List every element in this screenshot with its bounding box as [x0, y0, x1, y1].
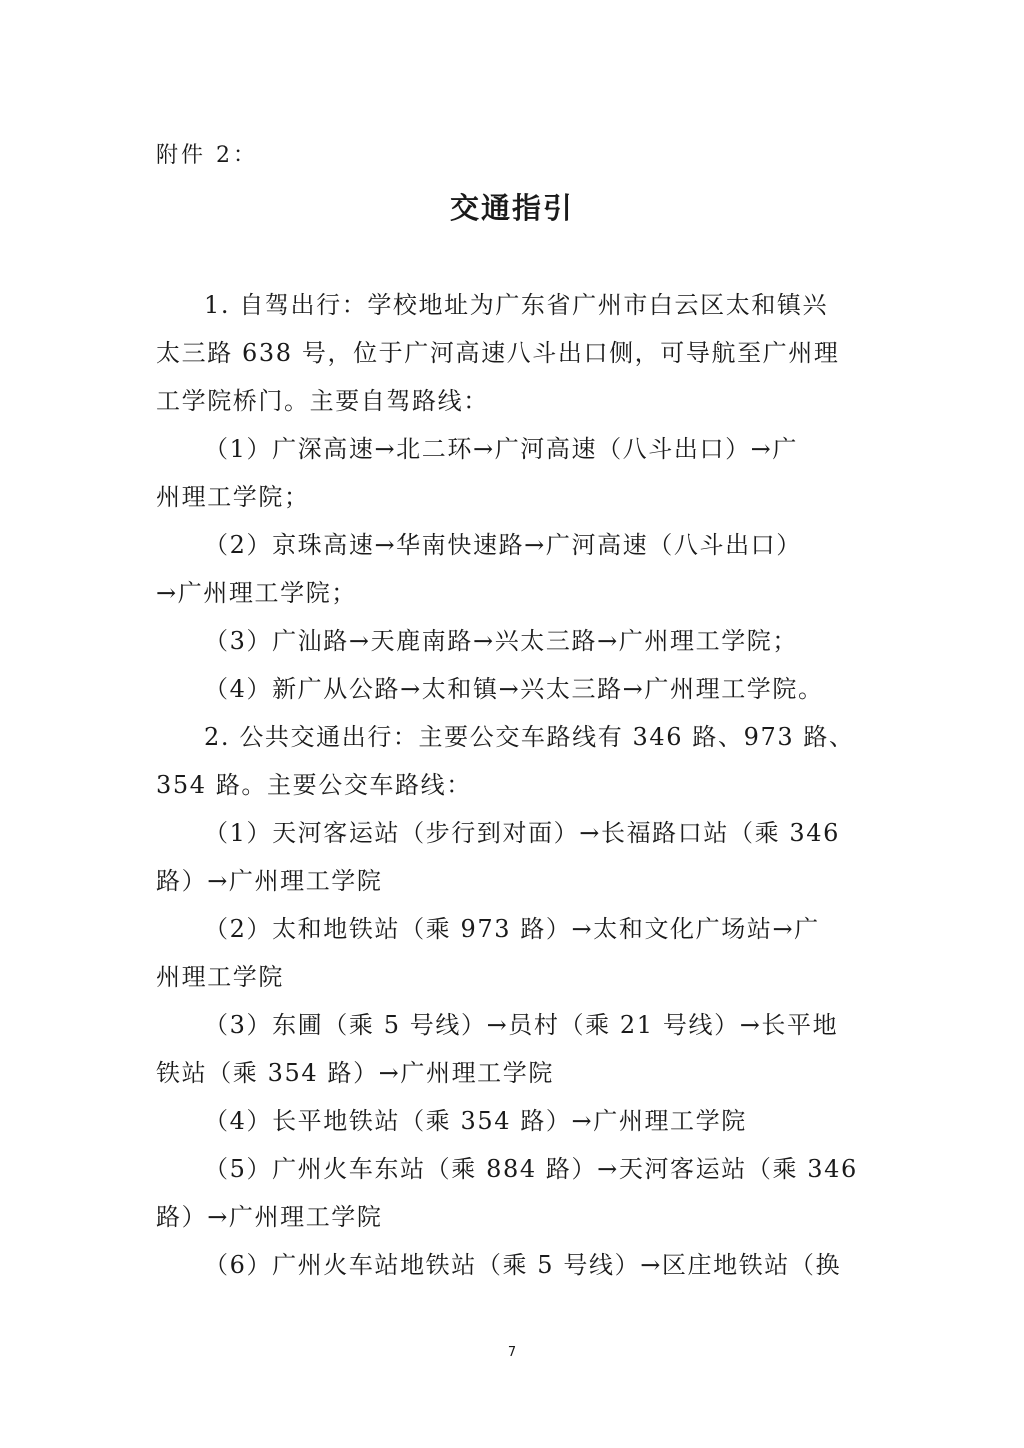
- body-line: （3）东圃（乘 5 号线）→员村（乘 21 号线）→长平地: [156, 1005, 870, 1053]
- body-line: （2）京珠高速→华南快速路→广河高速（八斗出口）: [156, 525, 870, 573]
- body-line: 铁站（乘 354 路）→广州理工学院: [156, 1053, 870, 1101]
- body-line: （4）长平地铁站（乘 354 路）→广州理工学院: [156, 1101, 870, 1149]
- body-line: 路）→广州理工学院: [156, 861, 870, 909]
- body-line: 路）→广州理工学院: [156, 1197, 870, 1245]
- page-number: 7: [0, 1345, 1024, 1360]
- body-line: （3）广汕路→天鹿南路→兴太三路→广州理工学院；: [156, 621, 870, 669]
- body-line: （6）广州火车站地铁站（乘 5 号线）→区庄地铁站（换: [156, 1245, 870, 1293]
- body-line: 工学院桥门。主要自驾路线：: [156, 381, 870, 429]
- body-line: 太三路 638 号，位于广河高速八斗出口侧，可导航至广州理: [156, 333, 870, 381]
- body-line: 354 路。主要公交车路线：: [156, 765, 870, 813]
- document-body: 1. 自驾出行：学校地址为广东省广州市白云区太和镇兴 太三路 638 号，位于广…: [156, 285, 870, 1293]
- body-line: 2. 公共交通出行：主要公交车路线有 346 路、973 路、: [156, 717, 870, 765]
- body-line: （5）广州火车东站（乘 884 路）→天河客运站（乘 346: [156, 1149, 870, 1197]
- page-title: 交通指引: [0, 186, 1024, 227]
- body-line: （4）新广从公路→太和镇→兴太三路→广州理工学院。: [156, 669, 870, 717]
- body-line: 州理工学院: [156, 957, 870, 1005]
- body-line: 1. 自驾出行：学校地址为广东省广州市白云区太和镇兴: [156, 285, 870, 333]
- body-line: （1）广深高速→北二环→广河高速（八斗出口）→广: [156, 429, 870, 477]
- body-line: （2）太和地铁站（乘 973 路）→太和文化广场站→广: [156, 909, 870, 957]
- attachment-label: 附件 2：: [156, 138, 258, 169]
- body-line: →广州理工学院；: [156, 573, 870, 621]
- body-line: 州理工学院；: [156, 477, 870, 525]
- body-line: （1）天河客运站（步行到对面）→长福路口站（乘 346: [156, 813, 870, 861]
